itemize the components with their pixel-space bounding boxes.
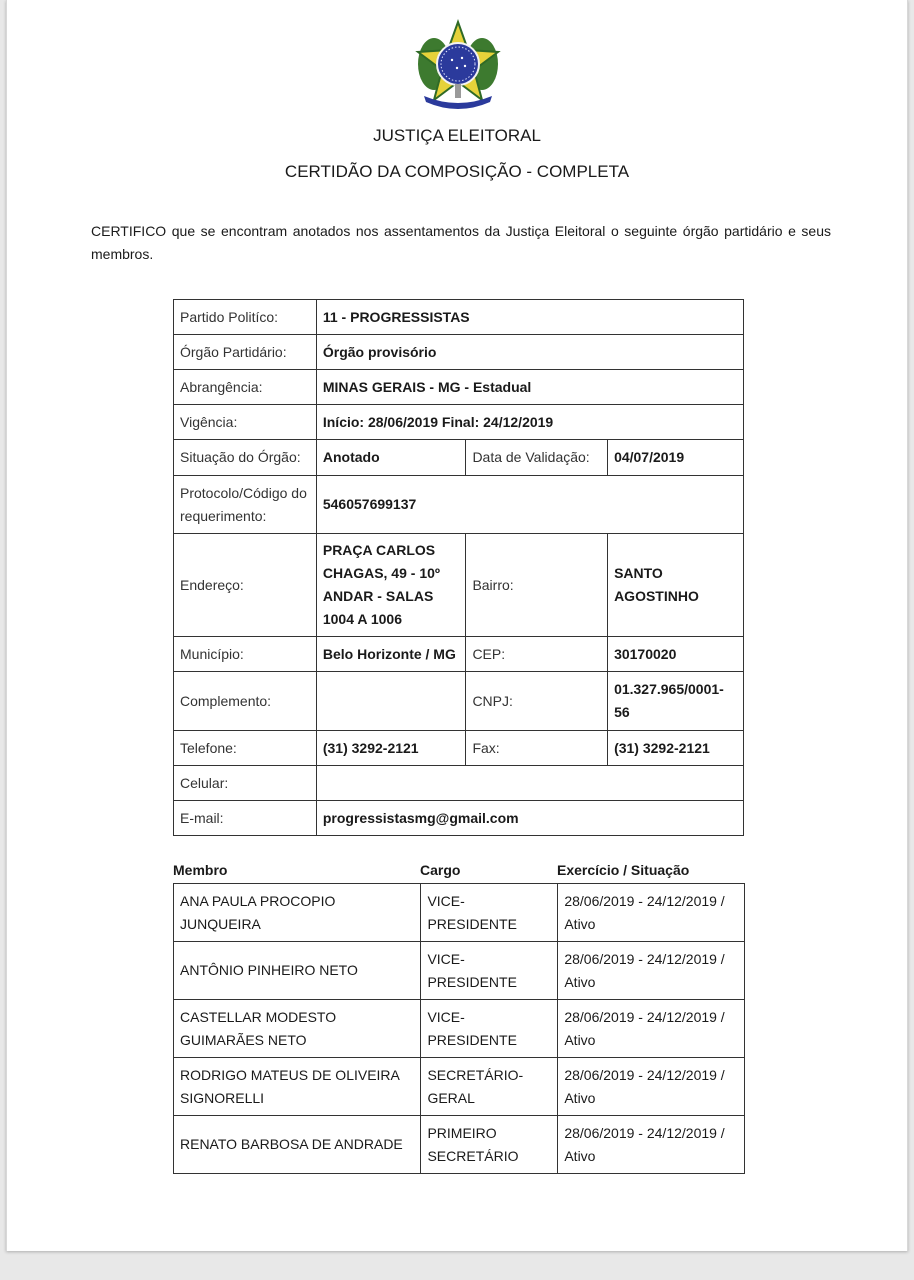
vigencia-value: Início: 28/06/2019 Final: 24/12/2019	[316, 405, 743, 440]
municipio-value: Belo Horizonte / MG	[316, 637, 466, 672]
row-protocolo: Protocolo/Código do requerimento: 546057…	[174, 476, 744, 534]
table-row: CASTELLAR MODESTO GUIMARÃES NETOVICE-PRE…	[174, 1000, 745, 1058]
protocolo-label: Protocolo/Código do requerimento:	[174, 476, 317, 534]
document-title: CERTIDÃO DA COMPOSIÇÃO - COMPLETA	[0, 162, 914, 182]
member-exercicio: 28/06/2019 - 24/12/2019 / Ativo	[558, 1058, 745, 1116]
email-value: progressistasmg@gmail.com	[316, 801, 743, 836]
email-label: E-mail:	[174, 801, 317, 836]
table-row: ANTÔNIO PINHEIRO NETOVICE-PRESIDENTE28/0…	[174, 942, 745, 1000]
party-info-table: Partido Politíco: 11 - PROGRESSISTAS Órg…	[173, 299, 744, 836]
municipio-label: Município:	[174, 637, 317, 672]
member-cargo: PRIMEIRO SECRETÁRIO	[421, 1116, 558, 1174]
header-membro: Membro	[173, 862, 227, 878]
situacao-value: Anotado	[316, 440, 466, 476]
member-membro: RODRIGO MATEUS DE OLIVEIRA SIGNORELLI	[174, 1058, 421, 1116]
validacao-value: 04/07/2019	[608, 440, 744, 476]
row-endereco: Endereço: PRAÇA CARLOS CHAGAS, 49 - 10º …	[174, 534, 744, 637]
fax-label: Fax:	[466, 731, 608, 766]
cep-label: CEP:	[466, 637, 608, 672]
member-exercicio: 28/06/2019 - 24/12/2019 / Ativo	[558, 1000, 745, 1058]
row-orgao: Órgão Partidário: Órgão provisório	[174, 335, 744, 370]
member-exercicio: 28/06/2019 - 24/12/2019 / Ativo	[558, 884, 745, 942]
row-celular: Celular:	[174, 766, 744, 801]
row-partido: Partido Politíco: 11 - PROGRESSISTAS	[174, 300, 744, 335]
member-membro: ANA PAULA PROCOPIO JUNQUEIRA	[174, 884, 421, 942]
cep-value: 30170020	[608, 637, 744, 672]
member-cargo: SECRETÁRIO-GERAL	[421, 1058, 558, 1116]
header-exercicio: Exercício / Situação	[557, 862, 689, 878]
bairro-label: Bairro:	[466, 534, 608, 637]
endereco-label: Endereço:	[174, 534, 317, 637]
telefone-value: (31) 3292-2121	[316, 731, 466, 766]
institution-title: JUSTIÇA ELEITORAL	[0, 126, 914, 146]
table-row: RENATO BARBOSA DE ANDRADEPRIMEIRO SECRET…	[174, 1116, 745, 1174]
row-complemento: Complemento: CNPJ: 01.327.965/0001-56	[174, 672, 744, 731]
endereco-value: PRAÇA CARLOS CHAGAS, 49 - 10º ANDAR - SA…	[316, 534, 466, 637]
abrangencia-value: MINAS GERAIS - MG - Estadual	[316, 370, 743, 405]
row-situacao: Situação do Órgão: Anotado Data de Valid…	[174, 440, 744, 476]
member-cargo: VICE-PRESIDENTE	[421, 942, 558, 1000]
complemento-label: Complemento:	[174, 672, 317, 731]
fax-value: (31) 3292-2121	[608, 731, 744, 766]
validacao-label: Data de Validação:	[466, 440, 608, 476]
row-telefone: Telefone: (31) 3292-2121 Fax: (31) 3292-…	[174, 731, 744, 766]
member-exercicio: 28/06/2019 - 24/12/2019 / Ativo	[558, 942, 745, 1000]
cnpj-value: 01.327.965/0001-56	[608, 672, 744, 731]
member-cargo: VICE-PRESIDENTE	[421, 1000, 558, 1058]
situacao-label: Situação do Órgão:	[174, 440, 317, 476]
member-membro: RENATO BARBOSA DE ANDRADE	[174, 1116, 421, 1174]
table-row: ANA PAULA PROCOPIO JUNQUEIRAVICE-PRESIDE…	[174, 884, 745, 942]
partido-value: 11 - PROGRESSISTAS	[316, 300, 743, 335]
members-table: ANA PAULA PROCOPIO JUNQUEIRAVICE-PRESIDE…	[173, 883, 745, 1174]
orgao-value: Órgão provisório	[316, 335, 743, 370]
celular-value	[316, 766, 743, 801]
celular-label: Celular:	[174, 766, 317, 801]
member-membro: CASTELLAR MODESTO GUIMARÃES NETO	[174, 1000, 421, 1058]
member-exercicio: 28/06/2019 - 24/12/2019 / Ativo	[558, 1116, 745, 1174]
row-abrangencia: Abrangência: MINAS GERAIS - MG - Estadua…	[174, 370, 744, 405]
intro-text: CERTIFICO que se encontram anotados nos …	[91, 220, 831, 266]
row-municipio: Município: Belo Horizonte / MG CEP: 3017…	[174, 637, 744, 672]
vigencia-label: Vigência:	[174, 405, 317, 440]
bairro-value: SANTO AGOSTINHO	[608, 534, 744, 637]
member-cargo: VICE-PRESIDENTE	[421, 884, 558, 942]
brazil-coat-of-arms-icon	[410, 18, 506, 114]
partido-label: Partido Politíco:	[174, 300, 317, 335]
table-row: RODRIGO MATEUS DE OLIVEIRA SIGNORELLISEC…	[174, 1058, 745, 1116]
protocolo-value: 546057699137	[316, 476, 743, 534]
cnpj-label: CNPJ:	[466, 672, 608, 731]
telefone-label: Telefone:	[174, 731, 317, 766]
abrangencia-label: Abrangência:	[174, 370, 317, 405]
orgao-label: Órgão Partidário:	[174, 335, 317, 370]
row-vigencia: Vigência: Início: 28/06/2019 Final: 24/1…	[174, 405, 744, 440]
header-cargo: Cargo	[420, 862, 460, 878]
row-email: E-mail: progressistasmg@gmail.com	[174, 801, 744, 836]
complemento-value	[316, 672, 466, 731]
member-membro: ANTÔNIO PINHEIRO NETO	[174, 942, 421, 1000]
